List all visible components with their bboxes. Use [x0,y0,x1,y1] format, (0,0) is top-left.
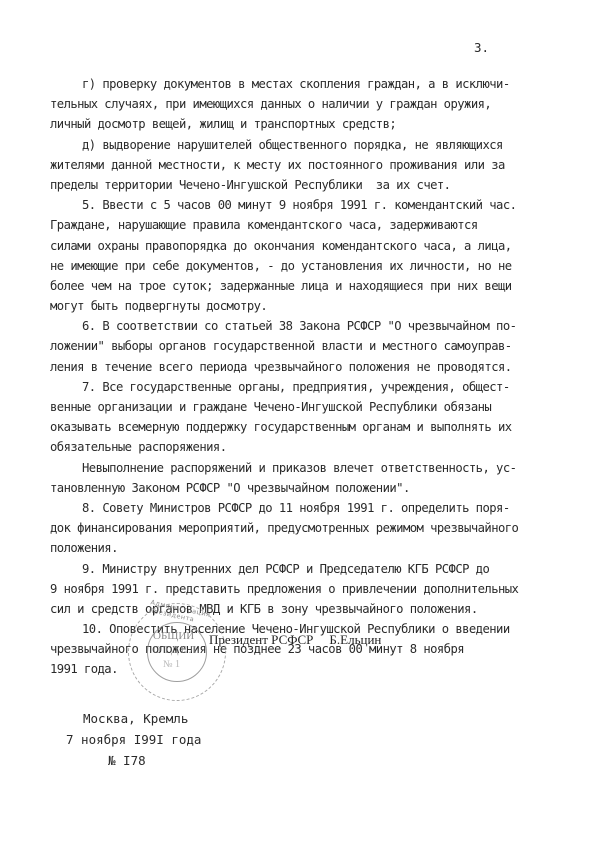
stamp-line-1: ОБЩИЙ [153,630,194,642]
text-line: 6. В соответствии со статьей 38 Закона Р… [50,316,550,336]
text-line: пределы территории Чечено-Ингушской Респ… [50,175,550,195]
document-body: г) проверку документов в местах скоплени… [50,74,550,680]
text-line: не имеющие при себе документов, - до уст… [50,256,550,276]
text-line: личный досмотр вещей, жилищ и транспортн… [50,114,550,134]
text-line: тельных случаях, при имеющихся данных о … [50,94,550,114]
page-number: 3. [474,40,489,55]
text-line: 1991 года. [50,659,550,679]
text-line: обязательные распоряжения. [50,437,550,457]
text-line: 7. Все государственные органы, предприят… [50,377,550,397]
stamp-line-2: ОТДЕЛ [153,644,199,656]
text-line: силами охраны правопорядка до окончания … [50,236,550,256]
decree-number: № I78 [108,753,146,768]
text-line: док финансирования мероприятий, предусмо… [50,518,550,538]
text-line: ления в течение всего периода чрезвычайн… [50,357,550,377]
text-line: Невыполнение распоряжений и приказов вле… [50,458,550,478]
text-line: более чем на трое суток; задержанные лиц… [50,276,550,296]
text-line: сил и средств органов МВД и КГБ в зону ч… [50,599,550,619]
signatory-title: Президент РСФСР [209,632,313,647]
text-line: г) проверку документов в местах скоплени… [50,74,550,94]
text-line: венные организации и граждане Чечено-Инг… [50,397,550,417]
place-line: Москва, Кремль [83,711,188,726]
text-line: ложении" выборы органов государственной … [50,336,550,356]
text-line: 8. Совету Министров РСФСР до 11 ноября 1… [50,498,550,518]
text-line: положения. [50,538,550,558]
text-line: тановленную Законом РСФСР "О чрезвычайно… [50,478,550,498]
signatory-name: Б.Ельцин [329,632,381,647]
signature-block: Президент РСФСРБ.Ельцин [209,632,381,648]
text-line: 5. Ввести с 5 часов 00 минут 9 ноября 19… [50,195,550,215]
text-line: Граждане, нарушающие правила комендантск… [50,215,550,235]
text-line: 9. Министру внутренних дел РСФСР и Предс… [50,559,550,579]
date-line: 7 ноября I99I года [66,732,201,747]
stamp-line-3: № 1 [163,659,180,670]
text-line: 9 ноября 1991 г. представить предложения… [50,579,550,599]
text-line: д) выдворение нарушителей общественного … [50,135,550,155]
text-line: могут быть подвергнуты досмотру. [50,296,550,316]
official-stamp: Администрация Президента ОБЩИЙ ОТДЕЛ № 1 [128,603,226,701]
text-line: жителями данной местности, к месту их по… [50,155,550,175]
text-line: оказывать всемерную поддержку государств… [50,417,550,437]
